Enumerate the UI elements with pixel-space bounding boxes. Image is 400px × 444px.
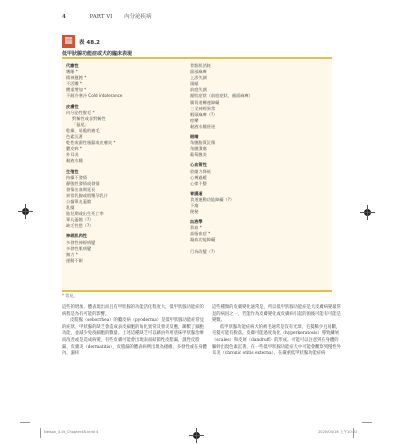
- table-icon: ▦: [62, 35, 75, 48]
- table-item: 黏液水腫: [66, 158, 123, 164]
- paragraph: 這些的增加，體表現出而且有甲狀腺的功能活化程度大，低甲狀腺功能症的病程是為有可能…: [62, 305, 207, 318]
- print-footer-file: Nelson_4.0t_Chapter48.indd 4: [44, 430, 98, 434]
- part-label: PART VI: [90, 14, 113, 20]
- registration-mark-bottom: [193, 432, 200, 439]
- paragraph: 這些種類的皮膚變化通常是，所以低甲狀腺功能症是犬皮膚病變最常見的病因之一，若能作…: [212, 305, 342, 325]
- table-title: 低甲狀腺功能症或犬的臨床表現: [62, 50, 132, 57]
- table-item: 黏液水腫昏迷: [190, 124, 253, 130]
- table-item: 行為改變（?）: [190, 249, 253, 255]
- trim-mark: [40, 428, 41, 438]
- table-left-column: 代謝性嗜睡 *精神遲鈍 *不活躍 *體重增加 *不耐冷寒冷 Cold intol…: [66, 63, 123, 264]
- table-item: 缺乏性慾（?）: [66, 223, 123, 229]
- print-footer-date: 2020/04/16 上午10:22: [318, 430, 357, 435]
- table-header: ▦ 表 48.2: [62, 35, 100, 48]
- table-item: 葡萄膜炎: [190, 152, 253, 158]
- table-item: 不耐冷寒冷 Cold intolerance: [66, 93, 123, 99]
- trim-mark: [362, 422, 372, 423]
- table-box: 代謝性嗜睡 *精神遲鈍 *不活躍 *體重增加 *不耐冷寒冷 Cold intol…: [62, 57, 332, 292]
- section-label: 內分泌疾病: [124, 14, 152, 20]
- trim-mark: [20, 422, 30, 423]
- registration-mark-left: [22, 208, 29, 215]
- table-footnote: * 常見。: [62, 293, 77, 299]
- registration-mark-right: [364, 209, 371, 216]
- table-item: 心律不整: [190, 181, 253, 187]
- body-column-1: 這些的增加，體表現出而且有甲狀腺的功能活化程度大，低甲狀腺功能症的病程是為有可能…: [62, 305, 207, 358]
- body-column-2: 這些種類的皮膚變化通常是，所以低甲狀腺功能症是犬皮膚病變最常見的病因之一，若能作…: [212, 305, 342, 358]
- page-number: 4: [62, 14, 66, 20]
- running-head: 4 PART VI 內分泌疾病: [62, 12, 152, 20]
- table-item: 便秘: [190, 209, 253, 215]
- table-right-column: 骨骼肌消耗面部麻痺上涉失調頭傾前庭失調顏肌症狀（前庭症狀、顏面麻痺）腸胃道轉運障…: [190, 63, 253, 255]
- table-item: 顏肌症狀（前庭症狀、顏面麻痺）: [190, 93, 253, 99]
- paragraph: 皮脂腺（seborrhea）的膿皮病（pyoderma）是低甲狀腺功能症常見的症…: [62, 318, 207, 358]
- table-item: 運動不耐: [66, 258, 123, 264]
- paragraph: 低甲狀腺功能症病犬的被毛通常是沒有光澤，毛髮稀少且易斷，毛髮可能有脫落，皮膚可能…: [212, 325, 342, 358]
- table-number: 表 48.2: [79, 38, 100, 46]
